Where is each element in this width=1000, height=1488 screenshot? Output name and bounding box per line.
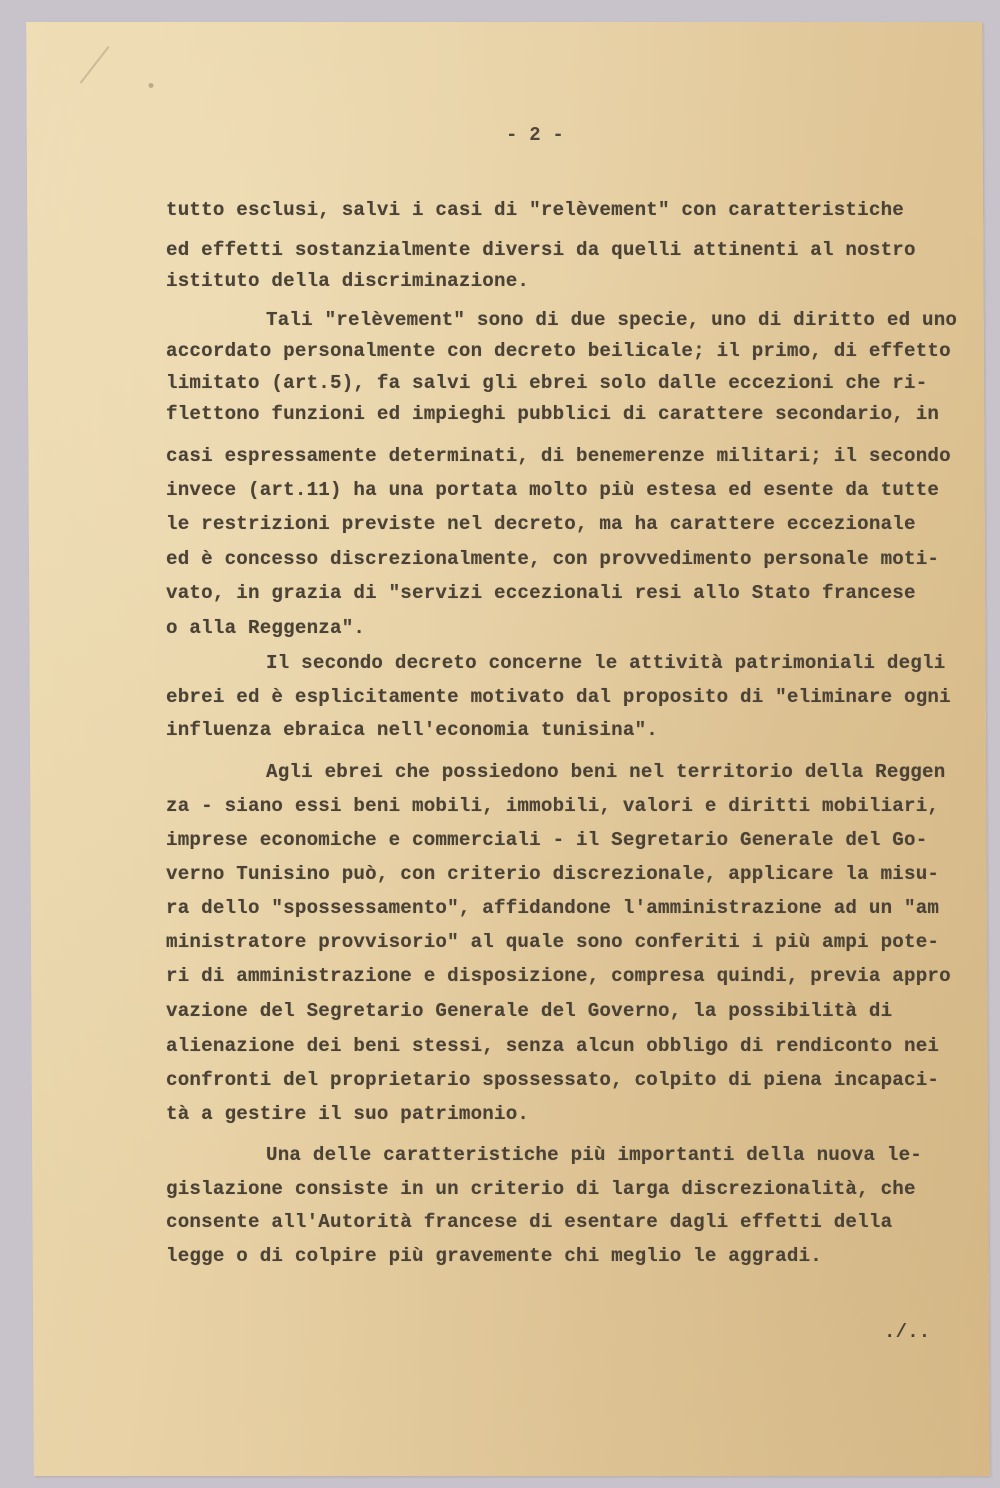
text-line: tà a gestire il suo patrimonio. (166, 1101, 529, 1127)
text-line: ed è concesso discrezionalmente, con pro… (166, 546, 939, 572)
text-line: ministratore provvisorio" al quale sono … (166, 929, 939, 955)
text-line: istituto della discriminazione. (166, 268, 529, 294)
text-line: imprese economiche e commerciali - il Se… (166, 827, 927, 853)
text-line: accordato personalmente con decreto beil… (166, 338, 951, 364)
text-line: vato, in grazia di "servizi eccezionali … (166, 580, 916, 606)
text-line: flettono funzioni ed impieghi pubblici d… (166, 401, 939, 427)
text-line: ed effetti sostanzialmente diversi da qu… (166, 237, 916, 263)
text-line: vazione del Segretario Generale del Gove… (166, 998, 892, 1024)
continuation-mark: ./.. (884, 1321, 930, 1343)
page-number: - 2 - (0, 124, 1000, 146)
text-line: ra dello "spossessamento", affidandone l… (166, 895, 939, 921)
text-line: legge o di colpire più gravemente chi me… (166, 1243, 822, 1269)
text-line: Tali "relèvement" sono di due specie, un… (266, 307, 957, 333)
text-line: le restrizioni previste nel decreto, ma … (166, 511, 916, 537)
text-line: tutto esclusi, salvi i casi di "relèveme… (166, 197, 904, 223)
text-line: invece (art.11) ha una portata molto più… (166, 477, 939, 503)
text-line: gislazione consiste in un criterio di la… (166, 1176, 916, 1202)
text-line: Una delle caratteristiche più importanti… (266, 1142, 922, 1168)
text-line: ri di amministrazione e disposizione, co… (166, 963, 951, 989)
text-line: consente all'Autorità francese di esenta… (166, 1209, 892, 1235)
text-line: alienazione dei beni stessi, senza alcun… (166, 1033, 939, 1059)
text-line: o alla Reggenza". (166, 615, 365, 641)
text-line: Il secondo decreto concerne le attività … (266, 650, 945, 676)
text-line: confronti del proprietario spossessato, … (166, 1067, 939, 1093)
text-line: influenza ebraica nell'economia tunisina… (166, 717, 658, 743)
text-line: za - siano essi beni mobili, immobili, v… (166, 793, 939, 819)
document-text: - 2 - tutto esclusi, salvi i casi di "re… (0, 0, 1000, 1488)
text-line: ebrei ed è esplicitamente motivato dal p… (166, 684, 951, 710)
text-line: limitato (art.5), fa salvi gli ebrei sol… (166, 370, 927, 396)
text-line: verno Tunisino può, con criterio discrez… (166, 861, 939, 887)
text-line: casi espressamente determinati, di benem… (166, 443, 951, 469)
text-line: Agli ebrei che possiedono beni nel terri… (266, 759, 945, 785)
